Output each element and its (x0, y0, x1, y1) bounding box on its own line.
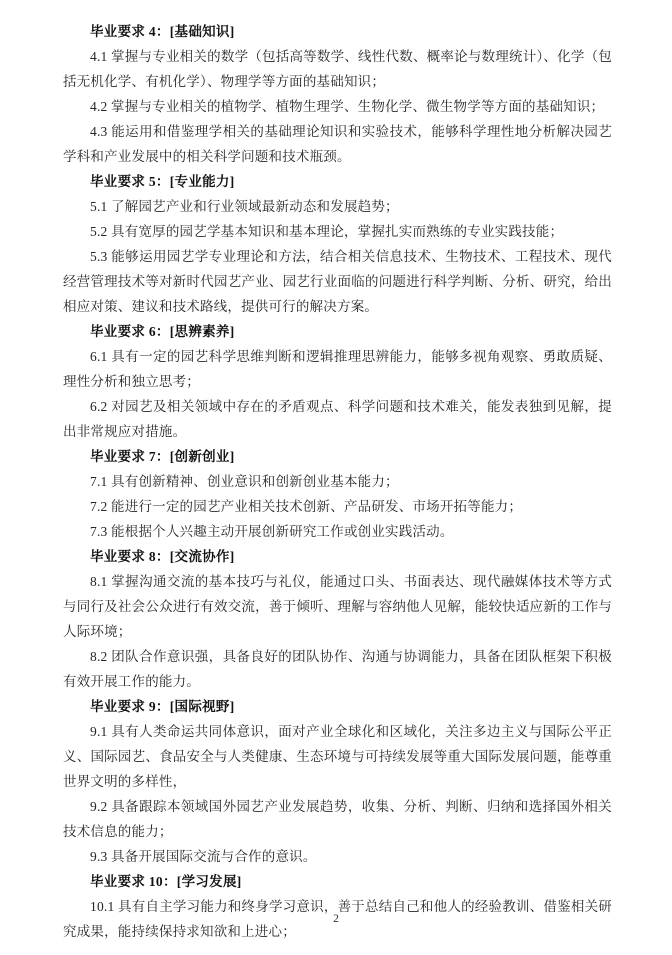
requirement-item: 8.1 掌握沟通交流的基本技巧与礼仪，能通过口头、书面表达、现代融媒体技术等方式… (63, 569, 612, 644)
requirement-item: 5.2 具有宽厚的园艺学基本知识和基本理论，掌握扎实而熟练的专业实践技能； (63, 219, 612, 244)
requirement-item: 5.1 了解园艺产业和行业领域最新动态和发展趋势； (63, 194, 612, 219)
requirement-item: 4.1 掌握与专业相关的数学（包括高等数学、线性代数、概率论与数理统计）、化学（… (63, 44, 612, 94)
page-number: 2 (0, 911, 672, 927)
section-heading: 毕业要求 7：[创新创业] (63, 444, 612, 469)
section-heading: 毕业要求 4：[基础知识] (63, 19, 612, 44)
section-requirement-6: 毕业要求 6：[思辨素养] 6.1 具有一定的园艺科学思维判断和逻辑推理思辨能力… (63, 319, 612, 444)
section-requirement-4: 毕业要求 4：[基础知识] 4.1 掌握与专业相关的数学（包括高等数学、线性代数… (63, 19, 612, 169)
requirement-item: 4.2 掌握与专业相关的植物学、植物生理学、生物化学、微生物学等方面的基础知识； (63, 94, 612, 119)
requirement-item: 7.3 能根据个人兴趣主动开展创新研究工作或创业实践活动。 (63, 519, 612, 544)
requirement-item: 8.2 团队合作意识强，具备良好的团队协作、沟通与协调能力，具备在团队框架下积极… (63, 644, 612, 694)
requirement-item: 6.1 具有一定的园艺科学思维判断和逻辑推理思辨能力，能够多视角观察、勇敢质疑、… (63, 344, 612, 394)
section-heading: 毕业要求 6：[思辨素养] (63, 319, 612, 344)
requirement-item: 9.2 具备跟踪本领域国外园艺产业发展趋势，收集、分析、判断、归纳和选择国外相关… (63, 794, 612, 844)
requirement-item: 7.2 能进行一定的园艺产业相关技术创新、产品研发、市场开拓等能力； (63, 494, 612, 519)
document-page: 毕业要求 4：[基础知识] 4.1 掌握与专业相关的数学（包括高等数学、线性代数… (0, 0, 672, 955)
section-requirement-7: 毕业要求 7：[创新创业] 7.1 具有创新精神、创业意识和创新创业基本能力； … (63, 444, 612, 544)
section-heading: 毕业要求 8：[交流协作] (63, 544, 612, 569)
section-heading: 毕业要求 10：[学习发展] (63, 869, 612, 894)
requirement-item: 7.1 具有创新精神、创业意识和创新创业基本能力； (63, 469, 612, 494)
section-requirement-5: 毕业要求 5：[专业能力] 5.1 了解园艺产业和行业领域最新动态和发展趋势； … (63, 169, 612, 319)
requirement-item: 6.2 对园艺及相关领域中存在的矛盾观点、科学问题和技术难关，能发表独到见解，提… (63, 394, 612, 444)
section-heading: 毕业要求 9：[国际视野] (63, 694, 612, 719)
requirement-item: 9.1 具有人类命运共同体意识，面对产业全球化和区域化，关注多边主义与国际公平正… (63, 719, 612, 794)
requirement-item: 5.3 能够运用园艺学专业理论和方法，结合相关信息技术、生物技术、工程技术、现代… (63, 244, 612, 319)
requirement-item: 4.3 能运用和借鉴理学相关的基础理论知识和实验技术，能够科学理性地分析解决园艺… (63, 119, 612, 169)
section-requirement-8: 毕业要求 8：[交流协作] 8.1 掌握沟通交流的基本技巧与礼仪，能通过口头、书… (63, 544, 612, 694)
document-content: 毕业要求 4：[基础知识] 4.1 掌握与专业相关的数学（包括高等数学、线性代数… (63, 19, 612, 944)
section-heading: 毕业要求 5：[专业能力] (63, 169, 612, 194)
section-requirement-10: 毕业要求 10：[学习发展] 10.1 具有自主学习能力和终身学习意识，善于总结… (63, 869, 612, 944)
section-requirement-9: 毕业要求 9：[国际视野] 9.1 具有人类命运共同体意识，面对产业全球化和区域… (63, 694, 612, 869)
requirement-item: 9.3 具备开展国际交流与合作的意识。 (63, 844, 612, 869)
